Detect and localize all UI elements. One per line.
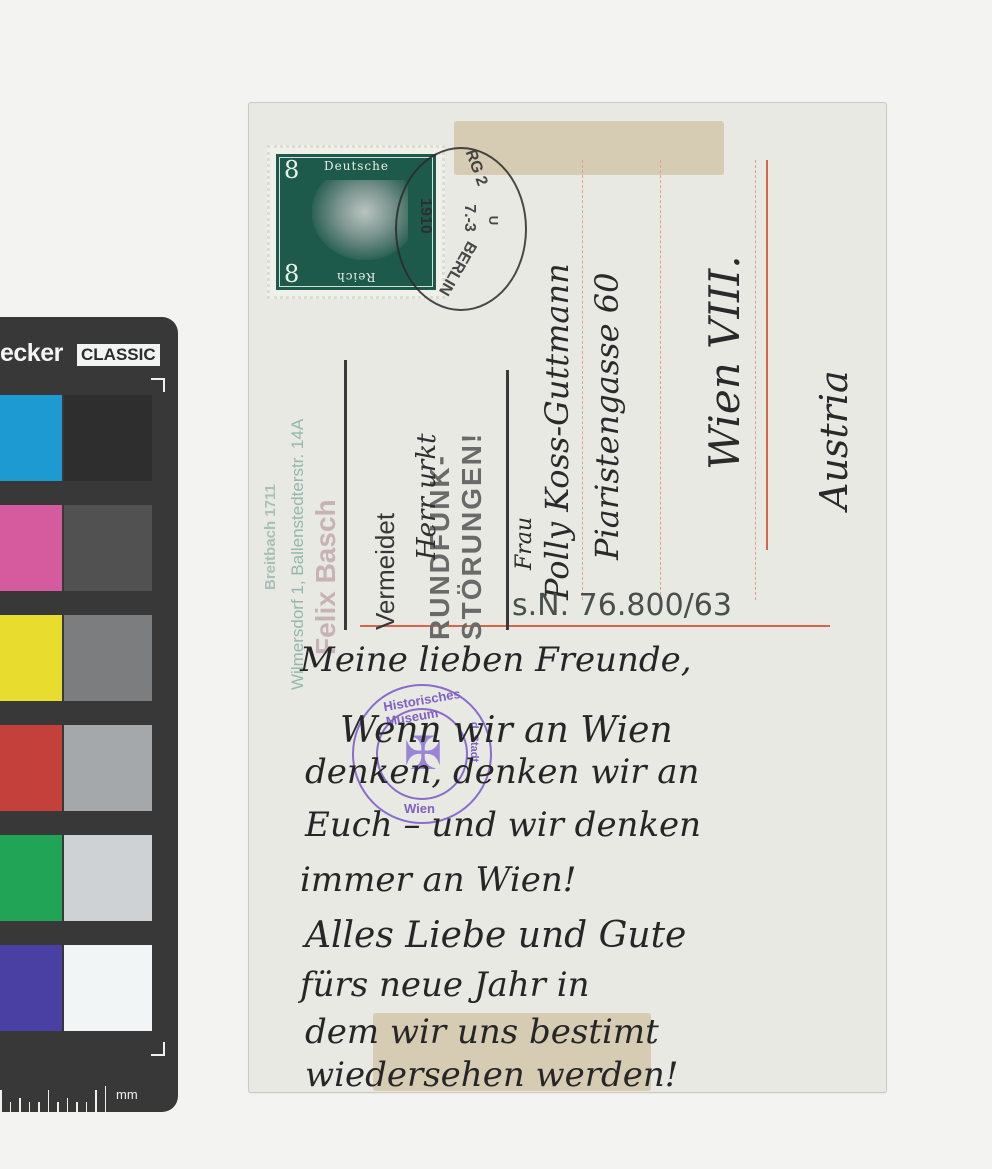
color-swatch: [0, 615, 62, 701]
stamp-portrait: [312, 180, 408, 260]
message-line: dem wir uns bestimt: [305, 1012, 659, 1052]
archive-number: s.N. 76.800/63: [512, 588, 732, 623]
message-line: Wenn wir an Wien: [340, 710, 673, 751]
message-line: Meine lieben Freunde,: [300, 640, 692, 680]
stamp-value: 8: [284, 260, 299, 288]
checker-badge: CLASSIC: [77, 344, 160, 366]
gray-swatch: [64, 395, 152, 481]
color-checker-card: ecker CLASSIC mm: [0, 317, 178, 1112]
address-line-4: Wien VIII.: [700, 255, 749, 470]
checker-brand: ecker: [0, 339, 63, 368]
slogan-stoerungen: STÖRUNGEN!: [456, 432, 488, 640]
ruler-unit: mm: [116, 1087, 138, 1102]
address-guide-line: [755, 160, 756, 600]
color-swatch: [0, 725, 62, 811]
sender-name: Felix Basch: [310, 499, 342, 655]
address-line-5: Austria: [812, 370, 856, 510]
message-line: fürs neue Jahr in: [300, 965, 589, 1005]
address-guide-line: [582, 160, 583, 600]
stamp-country-bottom: Reich: [336, 270, 375, 284]
postmark-date: 7.-3: [460, 204, 478, 232]
postmark-district: RG 2: [461, 147, 491, 188]
address-divider-rule: [766, 160, 768, 550]
message-line: Euch – und wir denken: [305, 805, 701, 845]
address-line-3: Piaristengasse 60: [588, 273, 626, 560]
gray-swatch: [64, 945, 152, 1031]
postmark-city: BERLIN: [434, 238, 479, 299]
gray-swatch: [64, 725, 152, 811]
message-line: denken, denken wir an: [305, 752, 699, 792]
message-line: wiedersehen werden!: [305, 1055, 678, 1095]
corner-mark-bottom: [151, 1042, 165, 1056]
sender-phone: Breitbach 1711: [262, 484, 279, 590]
color-swatch: [0, 395, 62, 481]
gray-swatch: [64, 615, 152, 701]
corner-mark-top: [151, 378, 165, 392]
slogan-bracket-right: [506, 370, 509, 630]
color-swatch: [0, 835, 62, 921]
slogan-bracket-left: [344, 360, 347, 630]
gray-swatch: [64, 505, 152, 591]
slogan-vermeidet: Vermeidet: [370, 513, 401, 630]
postmark-time: 1910: [416, 198, 434, 234]
address-line-2: Polly Koss-Guttmann: [538, 263, 576, 600]
address-line-1: Frau: [512, 517, 537, 570]
message-line: immer an Wien!: [300, 860, 576, 900]
color-swatch: [0, 945, 62, 1031]
color-swatch: [0, 505, 62, 591]
address-guide-line: [660, 160, 661, 600]
pencil-note: Herr urkt: [412, 433, 442, 560]
postmark-circle: RG 2 7.-3 U BERLIN 1910: [395, 147, 527, 311]
postmark-code: U: [486, 216, 501, 225]
stamp-country: Deutsche: [324, 159, 389, 173]
gray-swatch: [64, 835, 152, 921]
message-line: Alles Liebe und Gute: [305, 915, 686, 956]
mm-ruler: [0, 1084, 120, 1112]
stamp-value: 8: [284, 156, 299, 184]
